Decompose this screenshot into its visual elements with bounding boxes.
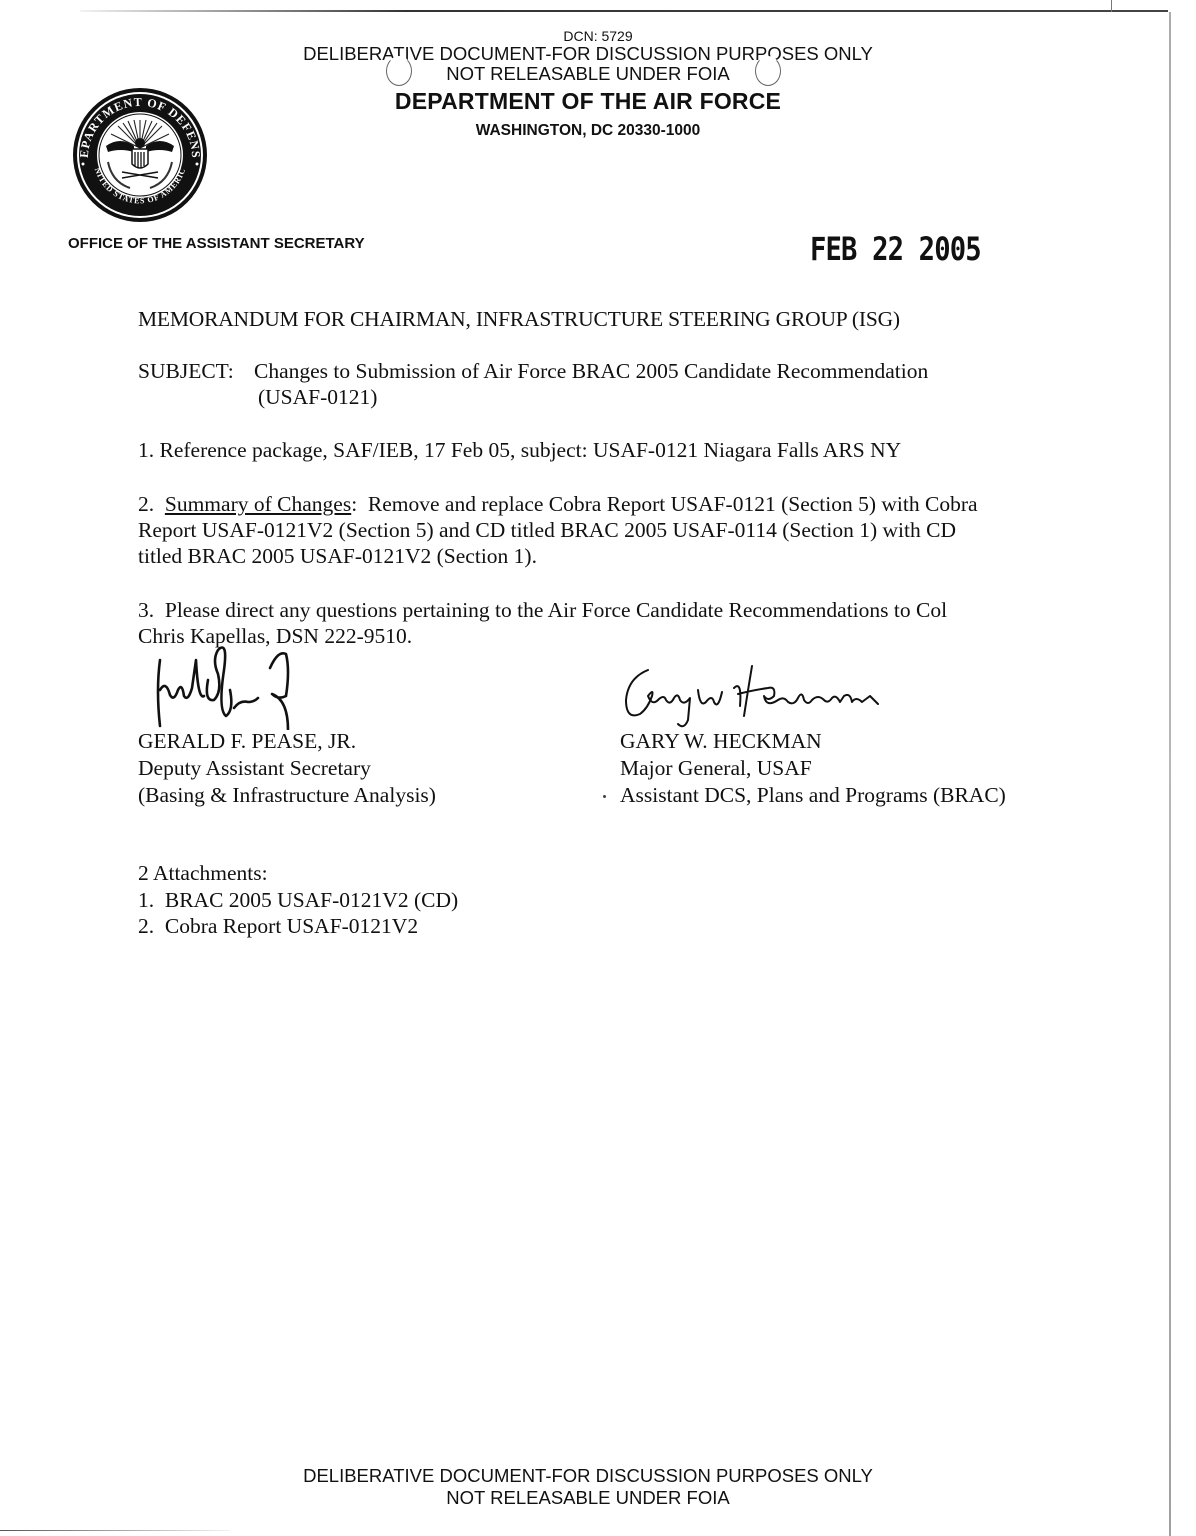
signer-name: GERALD F. PEASE, JR. bbox=[138, 728, 436, 755]
summary-of-changes-heading: Summary of Changes bbox=[165, 492, 351, 516]
attachment-item: 1. BRAC 2005 USAF-0121V2 (CD) bbox=[138, 887, 458, 914]
classification-line-2: NOT RELEASABLE UNDER FOIA bbox=[0, 64, 1176, 84]
signer-name: GARY W. HECKMAN bbox=[620, 728, 1006, 755]
signature-block-heckman: GARY W. HECKMAN Major General, USAF Assi… bbox=[620, 728, 1006, 809]
subject-line-1: Changes to Submission of Air Force BRAC … bbox=[254, 359, 928, 383]
signature-block-pease: GERALD F. PEASE, JR. Deputy Assistant Se… bbox=[138, 728, 436, 809]
classification-banner-top: DELIBERATIVE DOCUMENT-FOR DISCUSSION PUR… bbox=[0, 44, 1176, 84]
signer-title: Deputy Assistant Secretary bbox=[138, 755, 436, 782]
scan-edge-right bbox=[1169, 12, 1171, 1536]
para3-line-1: 3. Please direct any questions pertainin… bbox=[138, 597, 947, 623]
attachment-item: 2. Cobra Report USAF-0121V2 bbox=[138, 913, 458, 940]
attachments-heading: 2 Attachments: bbox=[138, 860, 458, 887]
para2-line-2: Report USAF-0121V2 (Section 5) and CD ti… bbox=[138, 517, 978, 543]
signature-heckman-icon bbox=[618, 660, 918, 730]
para2-line-1: : Remove and replace Cobra Report USAF-0… bbox=[351, 492, 977, 516]
punch-hole-icon bbox=[755, 56, 781, 86]
subject-label: SUBJECT: bbox=[138, 358, 254, 384]
classification-line-2: NOT RELEASABLE UNDER FOIA bbox=[0, 1487, 1176, 1509]
classification-line-1: DELIBERATIVE DOCUMENT-FOR DISCUSSION PUR… bbox=[0, 1465, 1176, 1487]
signature-pease-icon bbox=[148, 640, 348, 730]
date-stamp: FEB 22 2005 bbox=[810, 230, 981, 268]
punch-hole-icon bbox=[386, 56, 412, 86]
signer-title: Major General, USAF bbox=[620, 755, 1006, 782]
classification-banner-bottom: DELIBERATIVE DOCUMENT-FOR DISCUSSION PUR… bbox=[0, 1465, 1176, 1509]
memorandum-for: MEMORANDUM FOR CHAIRMAN, INFRASTRUCTURE … bbox=[138, 306, 900, 332]
para2-number: 2. bbox=[138, 492, 165, 516]
signer-office: Assistant DCS, Plans and Programs (BRAC) bbox=[620, 782, 1006, 809]
scan-edge-top bbox=[80, 10, 1168, 12]
office-name: OFFICE OF THE ASSISTANT SECRETARY bbox=[68, 235, 365, 252]
classification-line-1: DELIBERATIVE DOCUMENT-FOR DISCUSSION PUR… bbox=[0, 44, 1176, 64]
scan-edge-tick bbox=[1111, 0, 1112, 12]
subject: SUBJECT:Changes to Submission of Air For… bbox=[138, 358, 928, 410]
memo-page: DCN: 5729 DELIBERATIVE DOCUMENT-FOR DISC… bbox=[0, 0, 1196, 1536]
scan-edge-bottom bbox=[0, 1530, 230, 1531]
paragraph-1: 1. Reference package, SAF/IEB, 17 Feb 05… bbox=[138, 437, 901, 463]
stray-mark bbox=[603, 795, 606, 798]
paragraph-2: 2. Summary of Changes: Remove and replac… bbox=[138, 491, 978, 569]
signer-office: (Basing & Infrastructure Analysis) bbox=[138, 782, 436, 809]
para2-line-3: titled BRAC 2005 USAF-0121V2 (Section 1)… bbox=[138, 543, 978, 569]
subject-line-2: (USAF-0121) bbox=[138, 384, 928, 410]
department-of-defense-seal-icon: DEPARTMENT OF DEFENSE UNITED STATES OF A… bbox=[68, 86, 212, 224]
attachments-list: 2 Attachments: 1. BRAC 2005 USAF-0121V2 … bbox=[138, 860, 458, 940]
dcn-number: DCN: 5729 bbox=[0, 28, 1196, 44]
